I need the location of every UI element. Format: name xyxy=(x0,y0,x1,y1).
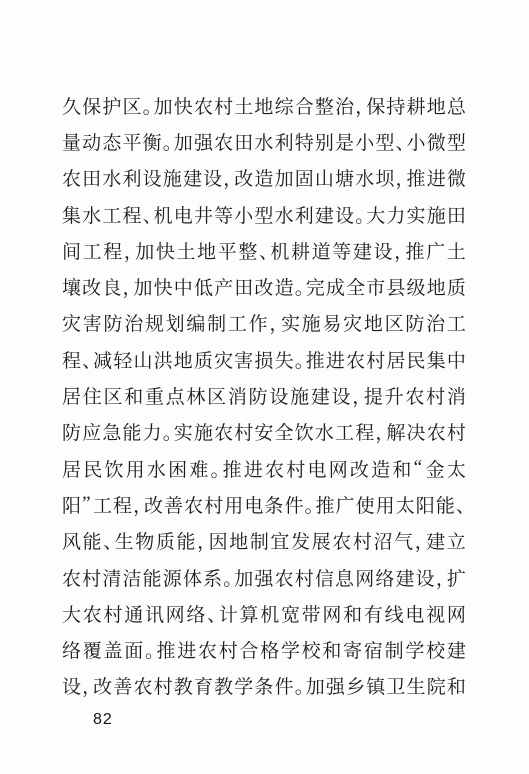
text-line: 集水工程、机电井等小型水利建设。大力实施田 xyxy=(62,196,466,232)
text-line: 农田水利设施建设，改造加固山塘水坝，推进微 xyxy=(62,160,466,196)
text-line: 量动态平衡。加强农田水利特别是小型、小微型 xyxy=(62,123,466,159)
text-line: 居民饮用水困难。推进农村电网改造和“金太 xyxy=(62,450,466,486)
text-line: 灾害防治规划编制工作，实施易灾地区防治工 xyxy=(62,305,466,341)
text-line: 阳”工程，改善农村用电条件。推广使用太阳能、 xyxy=(62,486,466,522)
text-line: 络覆盖面。推进农村合格学校和寄宿制学校建 xyxy=(62,631,466,667)
page-number: 82 xyxy=(93,711,113,729)
text-line: 大农村通讯网络、计算机宽带网和有线电视网 xyxy=(62,595,466,631)
body-text-paragraph: 久保护区。加快农村土地综合整治，保持耕地总 量动态平衡。加强农田水利特别是小型、… xyxy=(62,87,466,704)
book-page: 久保护区。加快农村土地综合整治，保持耕地总 量动态平衡。加强农田水利特别是小型、… xyxy=(0,0,529,774)
text-line: 农村清洁能源体系。加强农村信息网络建设，扩 xyxy=(62,559,466,595)
text-line: 程、减轻山洪地质灾害损失。推进农村居民集中 xyxy=(62,341,466,377)
text-line: 防应急能力。实施农村安全饮水工程，解决农村 xyxy=(62,414,466,450)
text-line: 壤改良，加快中低产田改造。完成全市县级地质 xyxy=(62,268,466,304)
text-line: 久保护区。加快农村土地综合整治，保持耕地总 xyxy=(62,87,466,123)
text-line: 间工程，加快土地平整、机耕道等建设，推广土 xyxy=(62,232,466,268)
text-line: 风能、生物质能，因地制宜发展农村沼气，建立 xyxy=(62,523,466,559)
text-line: 设，改善农村教育教学条件。加强乡镇卫生院和 xyxy=(62,668,466,704)
text-line: 居住区和重点林区消防设施建设，提升农村消 xyxy=(62,377,466,413)
